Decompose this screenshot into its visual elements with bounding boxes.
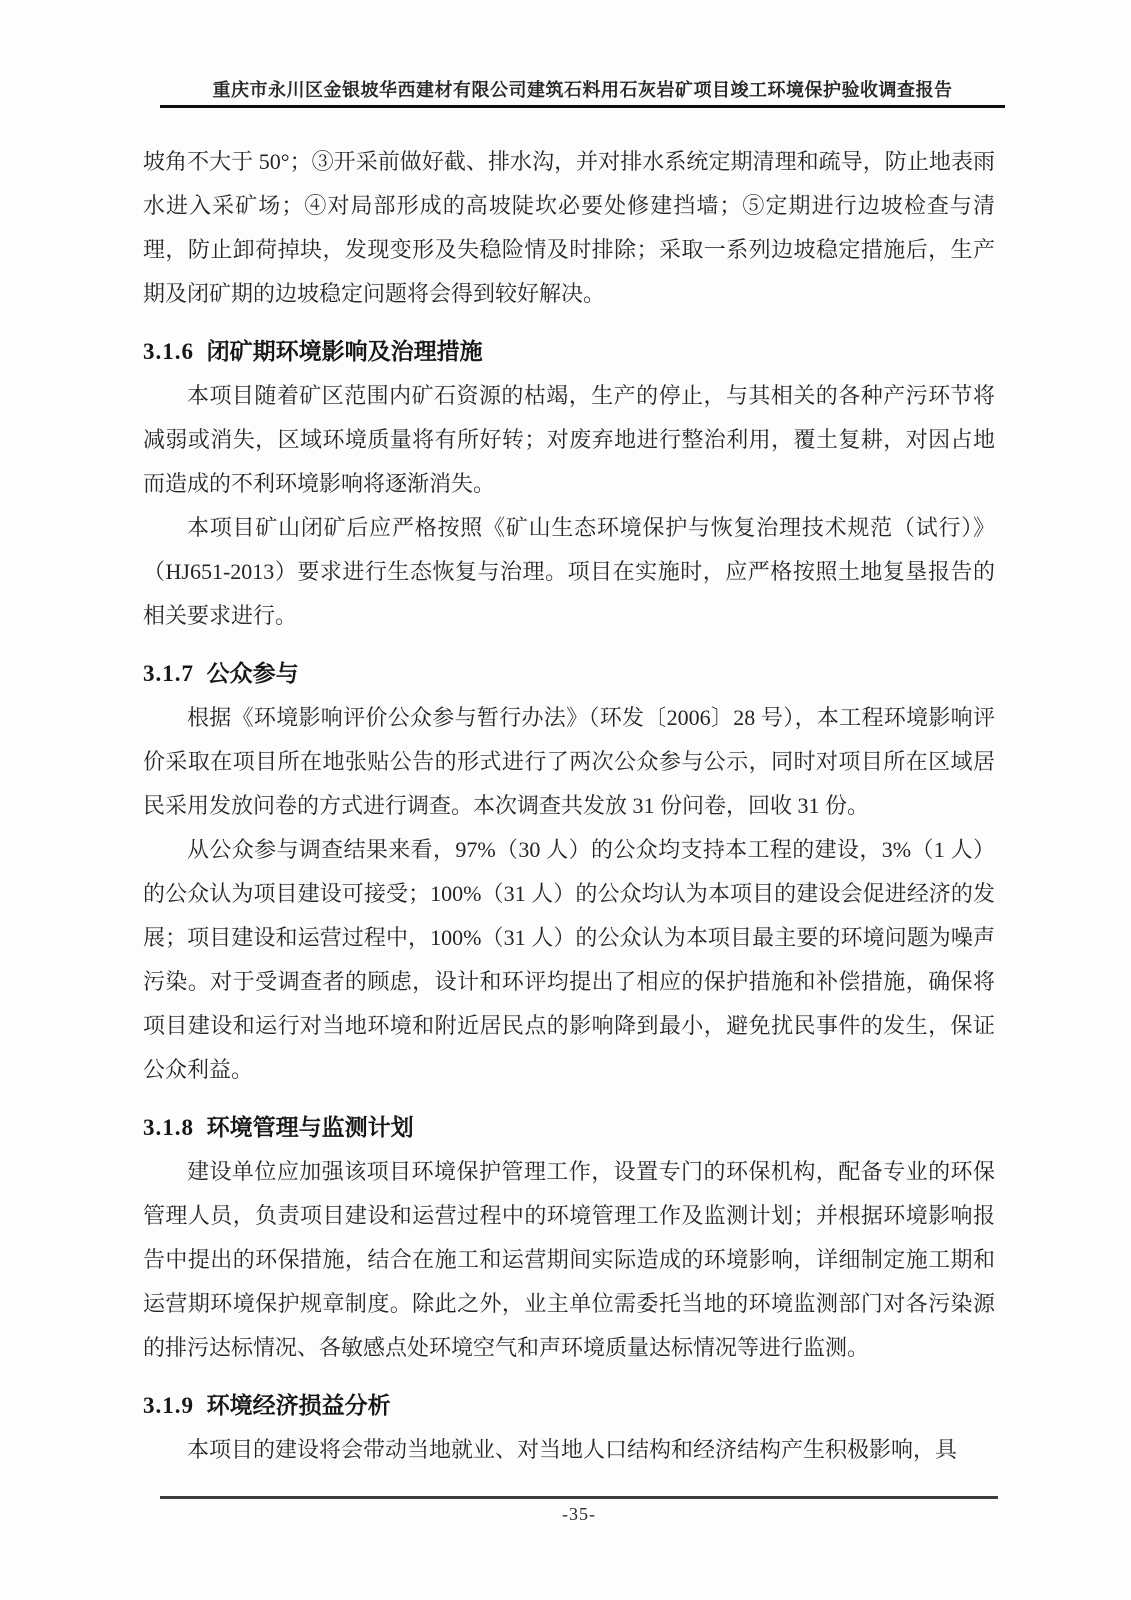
section-number: 3.1.6 xyxy=(143,339,194,364)
footer-rule xyxy=(160,1496,998,1499)
paragraph-environmental-management: 建设单位应加强该项目环境保护管理工作，设置专门的环保机构，配备专业的环保管理人员… xyxy=(143,1150,995,1370)
section-title: 闭矿期环境影响及治理措施 xyxy=(207,339,483,364)
paragraph-public-participation-survey: 根据《环境影响评价公众参与暂行办法》（环发〔2006〕28 号），本工程环境影响… xyxy=(143,696,995,828)
paragraph-survey-results: 从公众参与调查结果来看，97%（30 人）的公众均支持本工程的建设，3%（1 人… xyxy=(143,828,995,1092)
section-number: 3.1.7 xyxy=(143,661,194,686)
section-title: 公众参与 xyxy=(207,661,299,686)
section-heading-3-1-8: 3.1.8环境管理与监测计划 xyxy=(143,1106,995,1150)
paragraph-economic-benefit-analysis: 本项目的建设将会带动当地就业、对当地人口结构和经济结构产生积极影响，具 xyxy=(143,1428,995,1472)
document-page: 重庆市永川区金银坡华西建材有限公司建筑石料用石灰岩矿项目竣工环境保护验收调查报告… xyxy=(0,0,1131,1600)
paragraph-ecological-restoration: 本项目矿山闭矿后应严格按照《矿山生态环境保护与恢复治理技术规范（试行）》（HJ6… xyxy=(143,506,995,638)
page-header: 重庆市永川区金银坡华西建材有限公司建筑石料用石灰岩矿项目竣工环境保护验收调查报告 xyxy=(160,0,1005,108)
page-footer: -35- xyxy=(160,1496,998,1525)
paragraph-slope-stability-measures: 坡角不大于 50°；③开采前做好截、排水沟，并对排水系统定期清理和疏导，防止地表… xyxy=(143,140,995,316)
page-number: -35- xyxy=(160,1504,998,1525)
section-heading-3-1-6: 3.1.6闭矿期环境影响及治理措施 xyxy=(143,330,995,374)
section-title: 环境经济损益分析 xyxy=(207,1393,391,1418)
section-title: 环境管理与监测计划 xyxy=(207,1115,414,1140)
report-header-title: 重庆市永川区金银坡华西建材有限公司建筑石料用石灰岩矿项目竣工环境保护验收调查报告 xyxy=(160,78,1005,102)
section-heading-3-1-7: 3.1.7公众参与 xyxy=(143,652,995,696)
section-heading-3-1-9: 3.1.9环境经济损益分析 xyxy=(143,1384,995,1428)
section-number: 3.1.8 xyxy=(143,1115,194,1140)
header-rule xyxy=(160,105,1005,108)
document-body: 坡角不大于 50°；③开采前做好截、排水沟，并对排水系统定期清理和疏导，防止地表… xyxy=(143,140,995,1472)
paragraph-mine-closure-impact: 本项目随着矿区范围内矿石资源的枯竭，生产的停止，与其相关的各种产污环节将减弱或消… xyxy=(143,374,995,506)
section-number: 3.1.9 xyxy=(143,1393,194,1418)
